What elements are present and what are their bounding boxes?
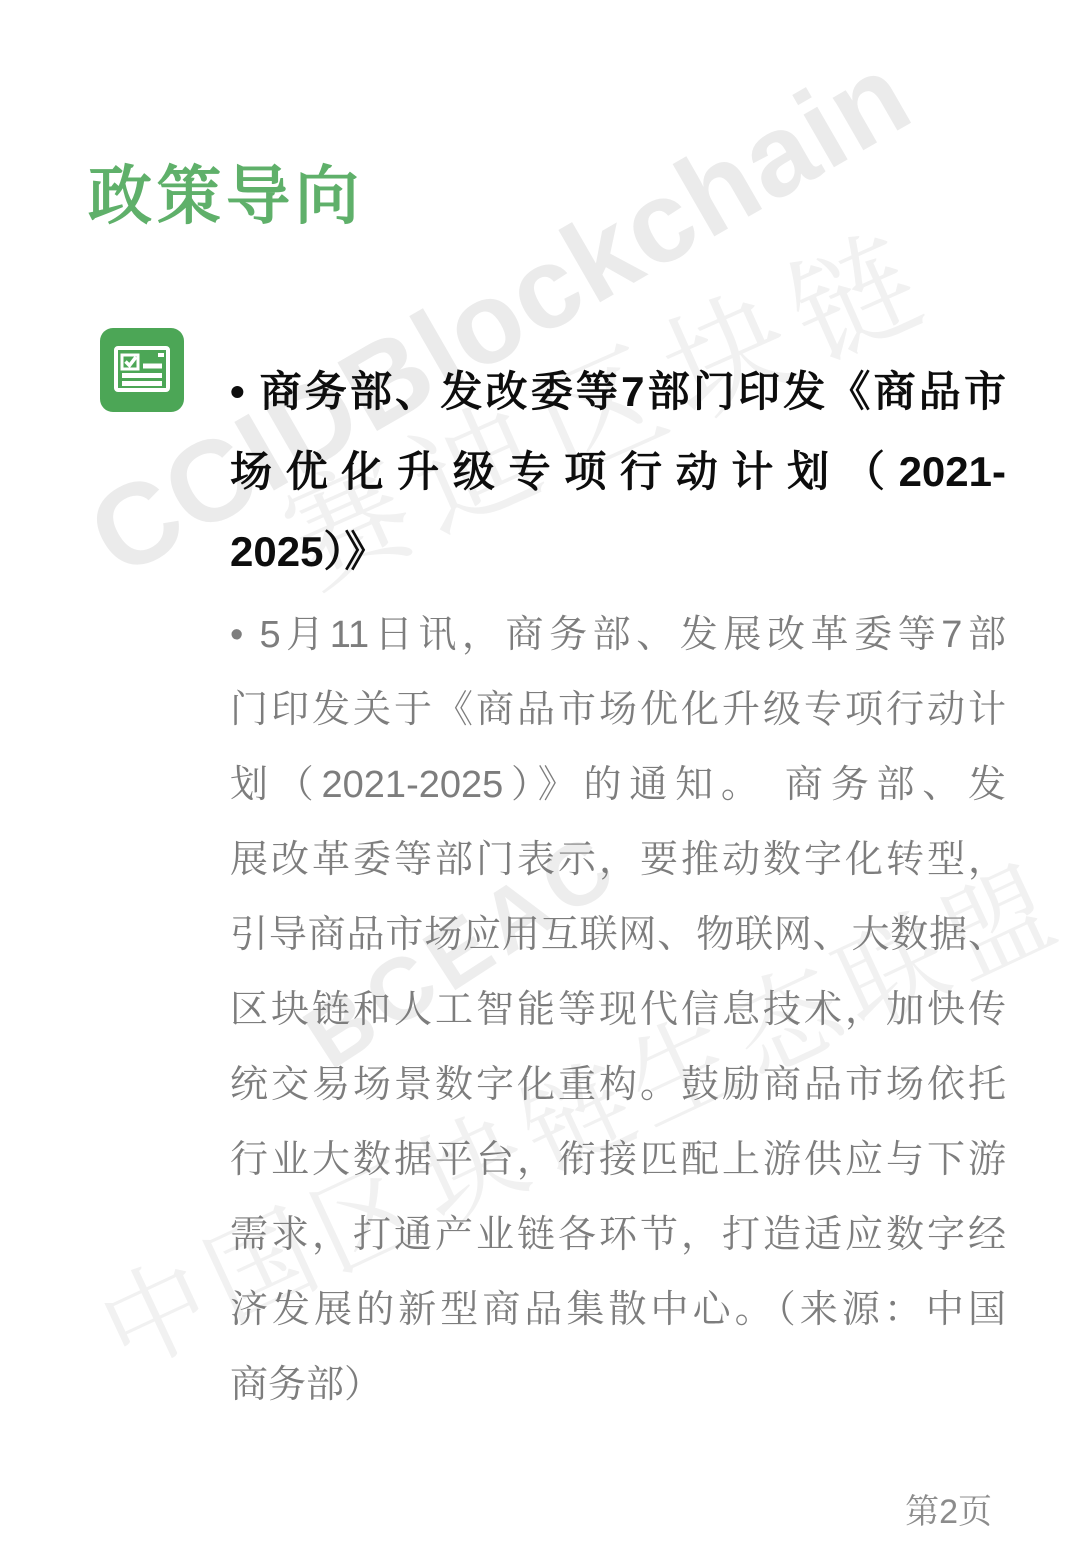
report-page: CCIDBlockchain 赛迪区块链 BCEAC 中国区块链生态联盟 政策导… [0,0,1080,1558]
checklist-document-icon-svg [100,328,184,412]
news-body-line: 行业大数据平台，衔接匹配上游供应与下游 [230,1123,1006,1198]
news-body-line: 展改革委等部门表示，要推动数字化转型， [230,823,1006,898]
news-body-line: 需求，打通产业链各环节，打造适应数字经 [230,1198,1006,1273]
news-body-line: 商务部） [230,1348,1006,1423]
news-body: • 5月11日讯，商务部、发展改革委等7部 门印发关于《商品市场优化升级专项行动… [230,598,1006,1423]
news-body-line: 区块链和人工智能等现代信息技术，加快传 [230,973,1006,1048]
checklist-document-icon [100,328,184,412]
news-title-line: • 商务部、发改委等7部门印发《商品市 [230,352,1006,432]
news-body-line: 划（2021-2025）》的通知。 商务部、发 [230,748,1006,823]
news-body-line: 济发展的新型商品集散中心。（来源：中国 [230,1273,1006,1348]
news-body-line: 门印发关于《商品市场优化升级专项行动计 [230,673,1006,748]
news-title: • 商务部、发改委等7部门印发《商品市 场优化升级专项行动计划（2021- 20… [230,352,1006,592]
news-body-line: • 5月11日讯，商务部、发展改革委等7部 [230,598,1006,673]
news-body-line: 引导商品市场应用互联网、物联网、大数据、 [230,898,1006,973]
news-body-line: 统交易场景数字化重构。鼓励商品市场依托 [230,1048,1006,1123]
page-number: 第2页 [905,1484,992,1533]
news-title-line: 2025）》 [230,512,1006,592]
news-title-line: 场优化升级专项行动计划（2021- [230,432,1006,512]
section-title: 政策导向 [88,160,364,232]
